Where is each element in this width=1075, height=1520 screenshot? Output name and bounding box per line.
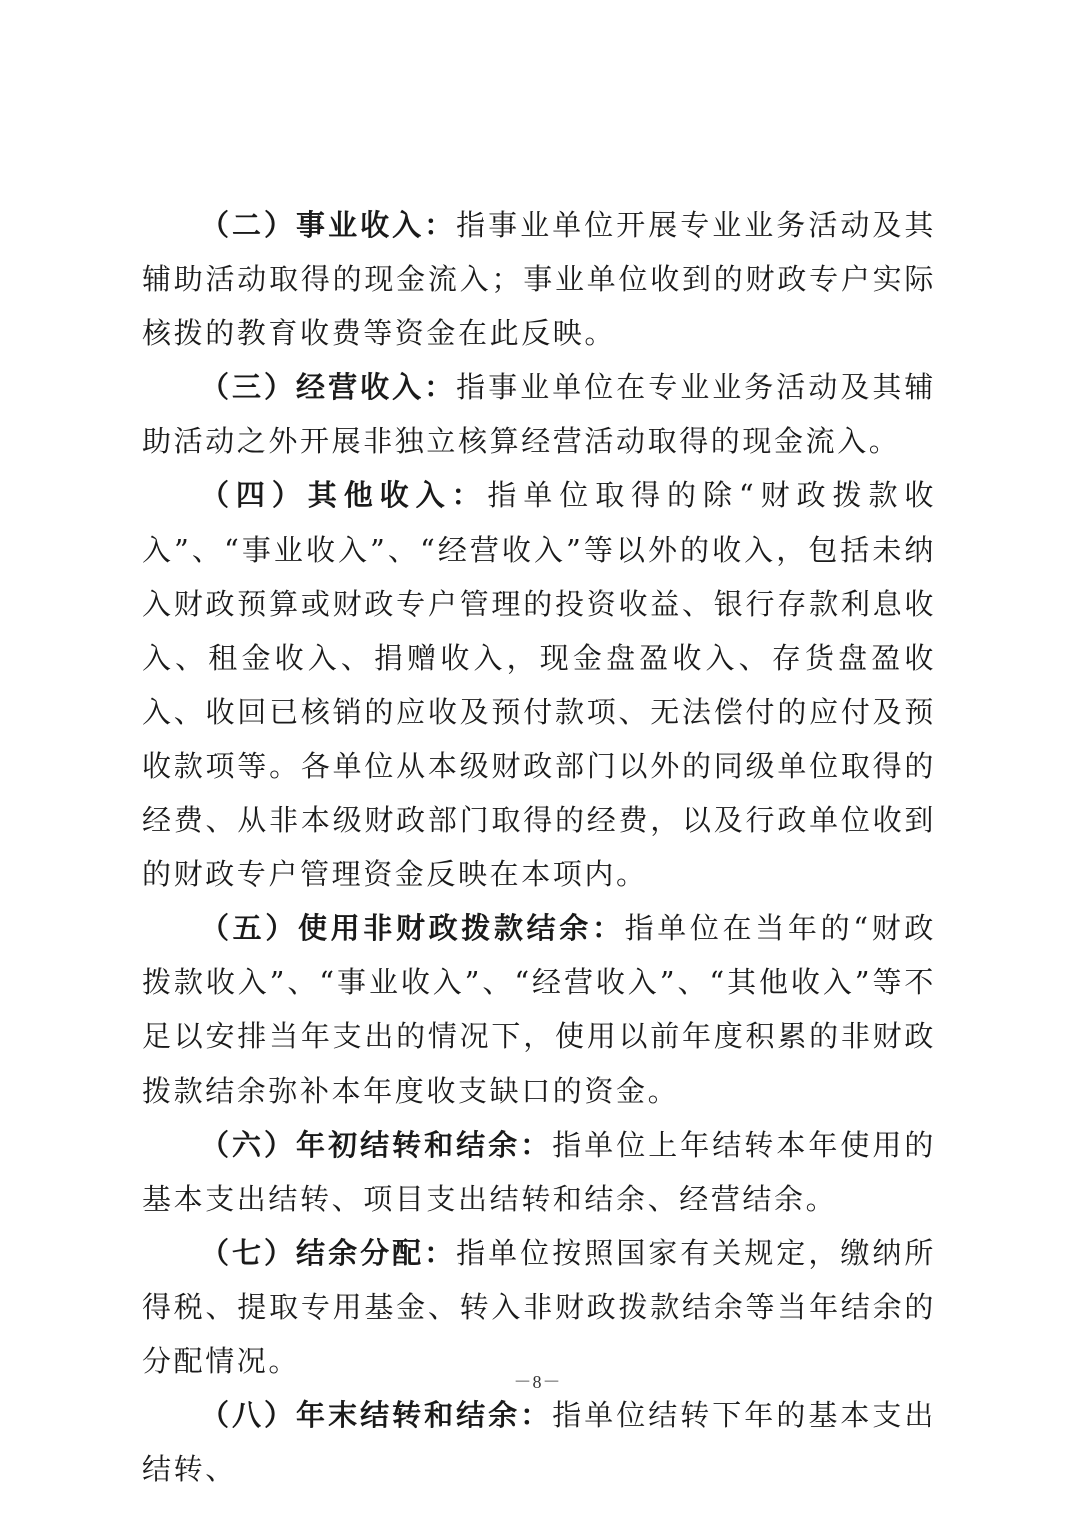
paragraph-closing-carryover: （八）年末结转和结余：指单位结转下年的基本支出结转、 bbox=[142, 1388, 936, 1496]
paragraph-heading: （六）年初结转和结余： bbox=[200, 1128, 552, 1162]
paragraph-operating-income: （三）经营收入：指事业单位在专业业务活动及其辅助活动之外开展非独立核算经营活动取… bbox=[142, 360, 936, 468]
paragraph-heading: （七）结余分配： bbox=[200, 1236, 456, 1270]
paragraph-heading: （二）事业收入： bbox=[200, 208, 456, 242]
paragraph-heading: （三）经营收入： bbox=[200, 370, 456, 404]
paragraph-heading: （五）使用非财政拨款结余： bbox=[200, 911, 625, 945]
paragraph-non-fiscal-surplus-use: （五）使用非财政拨款结余：指单位在当年的“财政拨款收入”、“事业收入”、“经营收… bbox=[142, 901, 936, 1117]
paragraph-heading: （四）其他收入： bbox=[200, 478, 487, 512]
paragraph-body: 指单位取得的除“财政拨款收入”、“事业收入”、“经营收入”等以外的收入，包括未纳… bbox=[142, 478, 936, 891]
paragraph-opening-carryover: （六）年初结转和结余：指单位上年结转本年使用的基本支出结转、项目支出结转和结余、… bbox=[142, 1118, 936, 1226]
paragraph-heading: （八）年末结转和结余： bbox=[200, 1398, 552, 1432]
page-number: －8－ bbox=[0, 1368, 1075, 1394]
paragraph-business-income: （二）事业收入：指事业单位开展专业业务活动及其辅助活动取得的现金流入；事业单位收… bbox=[142, 198, 936, 360]
paragraph-surplus-distribution: （七）结余分配：指单位按照国家有关规定，缴纳所得税、提取专用基金、转入非财政拨款… bbox=[142, 1226, 936, 1388]
paragraph-other-income: （四）其他收入：指单位取得的除“财政拨款收入”、“事业收入”、“经营收入”等以外… bbox=[142, 468, 936, 901]
document-page: （二）事业收入：指事业单位开展专业业务活动及其辅助活动取得的现金流入；事业单位收… bbox=[142, 198, 936, 1496]
